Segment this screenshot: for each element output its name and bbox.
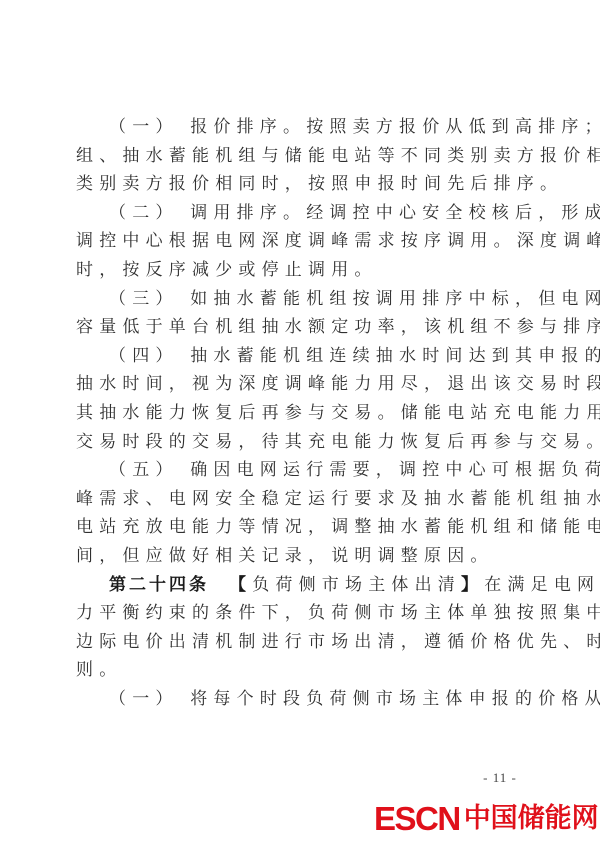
- text-line: 抽水时间，视为深度调峰能力用尽，退出该交易时段的交易，待: [76, 370, 522, 399]
- text-line: （一） 报价排序。按照卖方报价从低到高排序；当火电机: [76, 113, 522, 142]
- logo-latin-text: ESCN: [374, 802, 460, 836]
- text-line: （三） 如抽水蓄能机组按调用排序中标，但电网调峰需求: [76, 285, 522, 314]
- text-line: 电站充放电能力等情况，调整抽水蓄能机组和储能电站调用时: [76, 513, 522, 542]
- article-number: 第二十四条: [109, 575, 209, 595]
- page-number: - 11 -: [476, 768, 524, 788]
- paragraph-price-ranking: （一） 报价排序。按照卖方报价从低到高排序；当火电机 组、抽水蓄能机组与储能电站…: [76, 113, 522, 199]
- paragraph-dispatch-ranking: （二） 调用排序。经调控中心安全校核后，形成调用排序。 调控中心根据电网深度调峰…: [76, 199, 522, 285]
- logo-chinese-text: 中国储能网: [464, 802, 599, 836]
- text-line: 交易时段的交易，待其充电能力恢复后再参与交易。: [76, 428, 522, 457]
- article-title: 负荷侧市场主体出清: [252, 575, 461, 595]
- text-line: 则。: [76, 656, 522, 685]
- article-text-start: 在满足电网安全和电: [484, 575, 600, 595]
- paragraph-grid-operation-adjustment: （五） 确因电网运行需要，调控中心可根据负荷预测、调 峰需求、电网安全稳定运行要…: [76, 456, 522, 570]
- article-24: 第二十四条【负荷侧市场主体出清】在满足电网安全和电 力平衡约束的条件下，负荷侧市…: [76, 571, 522, 685]
- text-line: 边际电价出清机制进行市场出清，遵循价格优先、时间优先的原: [76, 628, 522, 657]
- article-heading-line: 第二十四条【负荷侧市场主体出清】在满足电网安全和电: [76, 571, 522, 600]
- text-line: 峰需求、电网安全稳定运行要求及抽水蓄能机组抽水能力、储能: [76, 485, 522, 514]
- text-line: 容量低于单台机组抽水额定功率，该机组不参与排序。: [76, 313, 522, 342]
- escn-watermark-logo: ESCN 中国储能网: [374, 802, 599, 836]
- text-line: 其抽水能力恢复后再参与交易。储能电站充电能力用尽，退出该: [76, 399, 522, 428]
- text-line: 组、抽水蓄能机组与储能电站等不同类别卖方报价相同时，或同: [76, 142, 522, 171]
- text-line: 力平衡约束的条件下，负荷侧市场主体单独按照集中竞价、统一: [76, 599, 522, 628]
- document-page: （一） 报价排序。按照卖方报价从低到高排序；当火电机 组、抽水蓄能机组与储能电站…: [0, 0, 600, 848]
- text-line: 调控中心根据电网深度调峰需求按序调用。深度调峰需求减少: [76, 227, 522, 256]
- text-line: 类别卖方报价相同时，按照申报时间先后排序。: [76, 170, 522, 199]
- text-line: （二） 调用排序。经调控中心安全校核后，形成调用排序。: [76, 199, 522, 228]
- paragraph-load-side-ranking: （一） 将每个时段负荷侧市场主体申报的价格从低到高排: [76, 685, 522, 714]
- text-line: （四） 抽水蓄能机组连续抽水时间达到其申报的最大连续: [76, 342, 522, 371]
- bracket-open: 【: [229, 575, 252, 595]
- bracket-close: 】: [461, 575, 484, 595]
- text-line: 间，但应做好相关记录，说明调整原因。: [76, 542, 522, 571]
- paragraph-continuous-pumping: （四） 抽水蓄能机组连续抽水时间达到其申报的最大连续 抽水时间，视为深度调峰能力…: [76, 342, 522, 456]
- document-body: （一） 报价排序。按照卖方报价从低到高排序；当火电机 组、抽水蓄能机组与储能电站…: [76, 113, 522, 713]
- text-line: 时，按反序减少或停止调用。: [76, 256, 522, 285]
- text-line: （五） 确因电网运行需要，调控中心可根据负荷预测、调: [76, 456, 522, 485]
- paragraph-pumped-storage-bid: （三） 如抽水蓄能机组按调用排序中标，但电网调峰需求 容量低于单台机组抽水额定功…: [76, 285, 522, 342]
- text-line: （一） 将每个时段负荷侧市场主体申报的价格从低到高排: [76, 685, 522, 714]
